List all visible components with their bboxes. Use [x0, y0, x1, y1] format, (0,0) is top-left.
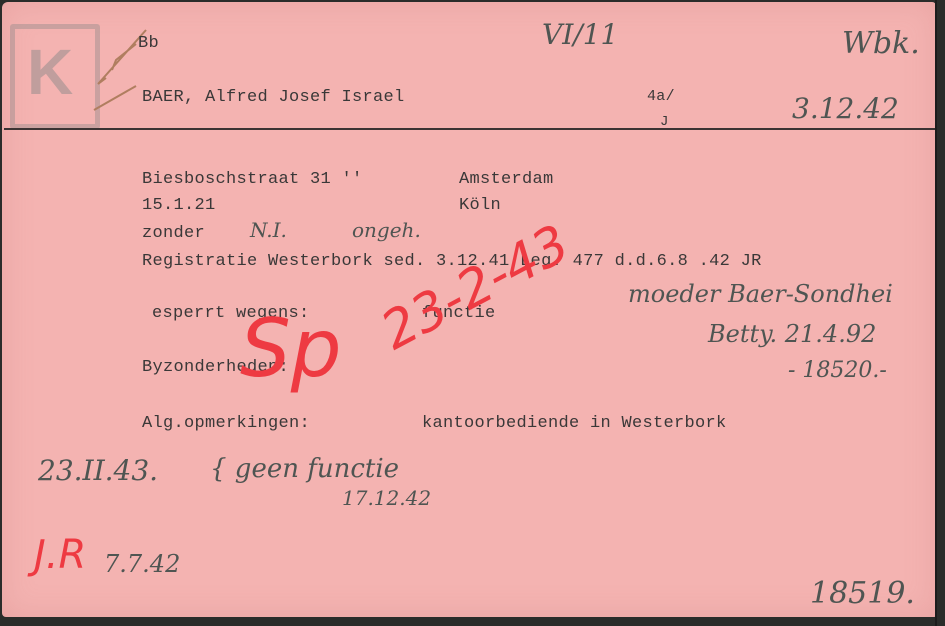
hand-line1-sub: 17.12.42 [342, 486, 431, 510]
hand-line1-text: { geen functie [210, 454, 399, 484]
hand-initials-date: 7.7.42 [104, 550, 180, 578]
hand-line1-date: 23.II.43. [38, 454, 158, 487]
section-top: VI/11 [542, 18, 618, 51]
address: Biesboschstraat 31 '' [142, 170, 363, 189]
zonder-label: zonder [142, 224, 205, 243]
person-name: BAER, Alfred Josef Israel [142, 88, 405, 107]
code-bb: Bb [138, 34, 159, 53]
date-hand-top: 3.12.42 [792, 92, 899, 125]
section-sub: 4a/ [647, 88, 675, 105]
header-divider [4, 128, 936, 130]
card-edge [935, 0, 937, 626]
location-hand: Wbk. [842, 26, 920, 61]
red-mark: Sp [240, 302, 342, 395]
city: Amsterdam [459, 170, 554, 189]
opmerkingen-value: kantoorbediende in Westerbork [422, 414, 727, 433]
stamp-letter: K [27, 35, 73, 109]
red-initials: J.R [34, 532, 86, 578]
zonder-hand2: ongeh. [352, 218, 421, 242]
zonder-hand: N.I. [250, 218, 287, 242]
hand-note-number: - 18520.- [788, 358, 887, 383]
birth-place: Köln [459, 196, 501, 215]
birth-date: 15.1.21 [142, 196, 216, 215]
opmerkingen-label: Alg.opmerkingen: [142, 414, 310, 433]
registration-card: K Bb BAER, Alfred Josef Israel VI/11 4a/… [2, 2, 936, 617]
hand-note-mother: moeder Baer-Sondhei [628, 280, 893, 308]
hand-note-mother2: Betty. 21.4.92 [708, 320, 876, 348]
card-number: 18519. [810, 576, 915, 611]
